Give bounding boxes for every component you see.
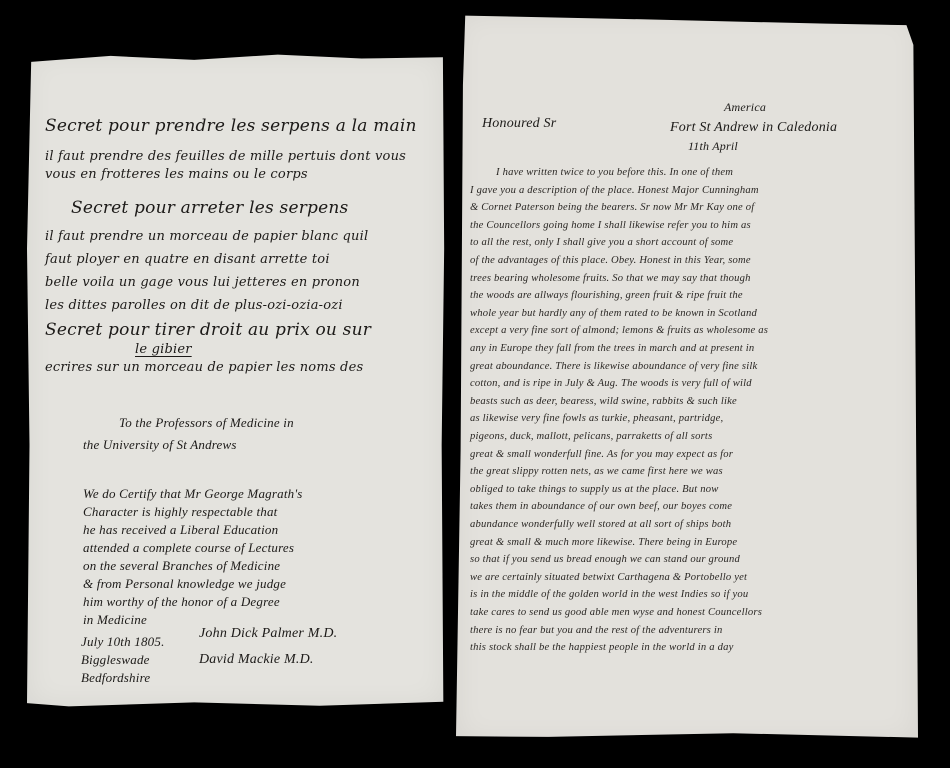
certificate-line: attended a complete course of Lectures bbox=[83, 540, 294, 556]
letter-line: this stock shall be the happiest people … bbox=[470, 642, 733, 653]
letter-line: the Councellors going home I shall likew… bbox=[470, 220, 751, 231]
certificate-line: & from Personal knowledge we judge bbox=[83, 576, 286, 592]
signature: John Dick Palmer M.D. bbox=[199, 626, 337, 642]
letter-line: except a very fine sort of almond; lemon… bbox=[470, 325, 768, 336]
certificate-address: the University of St Andrews bbox=[83, 437, 237, 453]
recipe-text-line: ecrires sur un morceau de papier les nom… bbox=[45, 360, 363, 375]
signature: David Mackie M.D. bbox=[199, 652, 314, 668]
letter-line: the woods are allways flourishing, green… bbox=[470, 290, 743, 301]
letter-line: great & small wonderfull fine. As for yo… bbox=[470, 449, 733, 460]
left-manuscript-page: Secret pour prendre les serpens a la mai… bbox=[27, 52, 445, 707]
letter-line: is in the middle of the golden world in … bbox=[470, 589, 748, 600]
certificate-date: July 10th 1805. bbox=[81, 634, 165, 650]
recipe-heading: Secret pour tirer droit au prix ou sur bbox=[45, 320, 371, 340]
letter-line: of the advantages of this place. Obey. H… bbox=[470, 255, 751, 266]
letter-line: & Cornet Paterson being the bearers. Sr … bbox=[470, 202, 754, 213]
certificate-place: Bedfordshire bbox=[81, 670, 150, 686]
letter-location-note: America bbox=[724, 100, 766, 115]
recipe-heading: Secret pour arreter les serpens bbox=[71, 198, 348, 218]
letter-line: pigeons, duck, mallott, pelicans, parrak… bbox=[470, 431, 712, 442]
letter-line: great & small & much more likewise. Ther… bbox=[470, 537, 737, 548]
letter-salutation: Honoured Sr bbox=[482, 116, 556, 132]
letter-line: obliged to take things to supply us at t… bbox=[470, 484, 719, 495]
recipe-text-line: belle voila un gage vous lui jetteres en… bbox=[45, 275, 360, 290]
letter-line: the great slippy rotten nets, as we came… bbox=[470, 466, 723, 477]
letter-line: there is no fear but you and the rest of… bbox=[470, 625, 722, 636]
recipe-text-line: il faut prendre un morceau de papier bla… bbox=[45, 229, 368, 244]
letter-date: 11th April bbox=[688, 139, 738, 154]
certificate-place: Biggleswade bbox=[81, 652, 150, 668]
letter-line: I have written twice to you before this.… bbox=[496, 167, 733, 178]
certificate-line: him worthy of the honor of a Degree bbox=[83, 594, 280, 610]
letter-line: take cares to send us good able men wyse… bbox=[470, 607, 762, 618]
recipe-text-line: les dittes parolles on dit de plus-ozi-o… bbox=[45, 298, 343, 313]
recipe-text-line: vous en frotteres les mains ou le corps bbox=[45, 167, 308, 182]
certificate-line: We do Certify that Mr George Magrath's bbox=[83, 486, 303, 502]
letter-line: whole year but hardly any of them rated … bbox=[470, 308, 757, 319]
letter-location: Fort St Andrew in Caledonia bbox=[670, 120, 837, 136]
letter-line: great aboundance. There is likewise abou… bbox=[470, 361, 757, 372]
certificate-line: Character is highly respectable that bbox=[83, 504, 277, 520]
certificate-line: on the several Branches of Medicine bbox=[83, 558, 280, 574]
letter-line: any in Europe they fall from the trees i… bbox=[470, 343, 754, 354]
letter-line: as likewise very fine fowls as turkie, p… bbox=[470, 413, 723, 424]
recipe-heading-cont: le gibier bbox=[135, 342, 192, 357]
certificate-line: in Medicine bbox=[83, 612, 147, 628]
letter-line: cotton, and is ripe in July & Aug. The w… bbox=[470, 378, 752, 389]
right-manuscript-page: Honoured Sr America Fort St Andrew in Ca… bbox=[456, 12, 918, 742]
letter-line: to all the rest, only I shall give you a… bbox=[470, 237, 733, 248]
letter-line: abundance wonderfully well stored at all… bbox=[470, 519, 731, 530]
letter-line: I gave you a description of the place. H… bbox=[470, 185, 759, 196]
certificate-line: he has received a Liberal Education bbox=[83, 522, 278, 538]
letter-line: we are certainly situated betwixt Cartha… bbox=[470, 572, 747, 583]
letter-line: so that if you send us bread enough we c… bbox=[470, 554, 740, 565]
letter-line: beasts such as deer, bearess, wild swine… bbox=[470, 396, 737, 407]
recipe-text-line: il faut prendre des feuilles de mille pe… bbox=[45, 149, 406, 164]
recipe-title: Secret pour prendre les serpens a la mai… bbox=[45, 116, 417, 136]
letter-line: takes them in aboundance of our own beef… bbox=[470, 501, 732, 512]
certificate-address: To the Professors of Medicine in bbox=[119, 415, 294, 431]
letter-line: trees bearing wholesome fruits. So that … bbox=[470, 273, 751, 284]
recipe-text-line: faut ployer en quatre en disant arrette … bbox=[45, 252, 330, 267]
